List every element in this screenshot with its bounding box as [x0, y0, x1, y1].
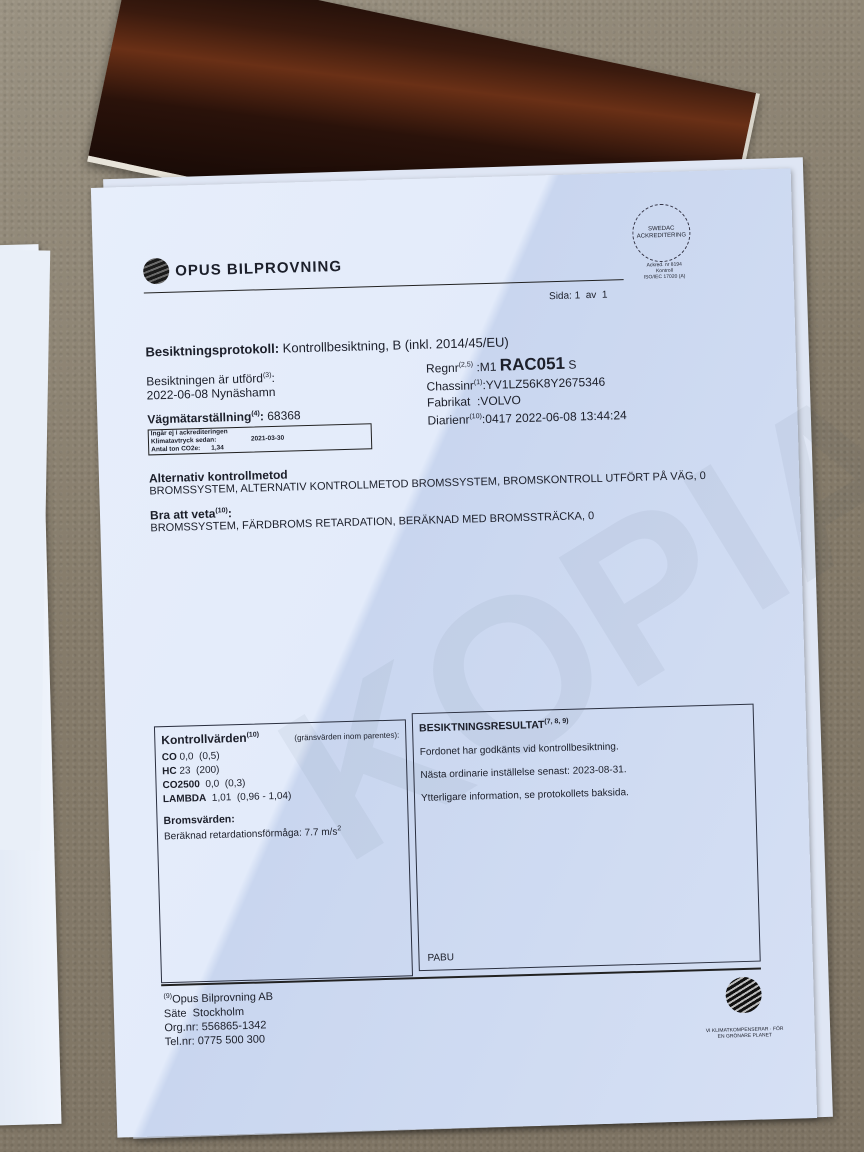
page-indicator: Sida: 1 av 1 — [549, 290, 608, 303]
odometer: Vägmätarställning(4): 68368 — [147, 408, 301, 426]
climate-compensation-badge: VI KLIMATKOMPENSERAR · FÖR EN GRÖNARE PL… — [713, 964, 775, 1026]
inspection-protocol-document: KOPIA OPUS BILPROVNING SWEDAC ACKREDITER… — [91, 168, 817, 1137]
emission-values-list: CO 0,0 (0,5) HC 23 (200) CO2500 0,0 (0,3… — [162, 745, 401, 808]
next-inspection-date: Nästa ordinarie inställelse senast: 2023… — [420, 760, 748, 780]
swedac-seal-icon: SWEDAC ACKREDITERING — [632, 203, 692, 263]
company-logo: OPUS BILPROVNING — [143, 253, 343, 285]
inspection-performed: Besiktningen är utförd(3): 2022-06-08 Ny… — [146, 371, 275, 403]
vehicle-info: Regnr(2,5) :M1 RAC051 S Chassinr(1):YV1L… — [426, 353, 627, 429]
striped-globe-icon — [725, 977, 762, 1014]
opus-globe-icon — [143, 258, 170, 285]
result-approved: Fordonet har godkänts vid kontrollbesikt… — [420, 737, 748, 757]
inspection-result-box: BESIKTNINGSRESULTAT(7, 8, 9) Fordonet ha… — [412, 704, 761, 971]
registration-number: RAC051 — [500, 354, 566, 375]
company-footer: (9)Opus Bilprovning AB Säte Stockholm Or… — [163, 987, 274, 1049]
protocol-title: Besiktningsprotokoll: Kontrollbesiktning… — [145, 334, 509, 359]
more-info-note: Ytterligare information, se protokollets… — [421, 783, 749, 803]
swedac-accreditation-text: Ackred. nr 8194 Kontroll ISO/IEC 17020 (… — [636, 261, 692, 281]
climate-footprint-box: Ingår ej i ackrediteringen Klimatavtryck… — [148, 423, 373, 455]
control-values-box: Kontrollvärden(10) (gränsvärden inom par… — [154, 719, 413, 983]
inspector-code: PABU — [427, 952, 454, 964]
